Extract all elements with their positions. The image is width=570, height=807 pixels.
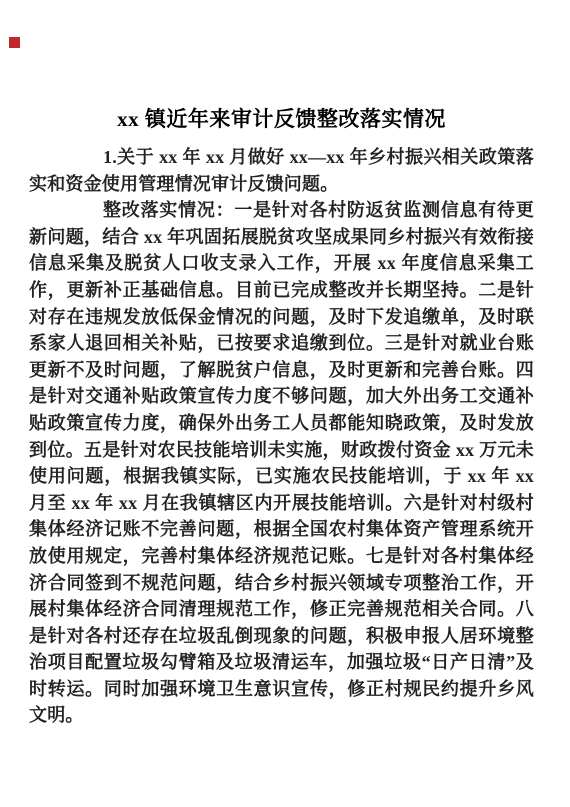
document-content: xx 镇近年来审计反馈整改落实情况 1.关于 xx 年 xx 月做好 xx—xx…: [0, 0, 570, 729]
paragraph-audit-feedback-issue: 1.关于 xx 年 xx 月做好 xx—xx 年乡村振兴相关政策落实和资金使用管…: [29, 144, 534, 197]
paragraph-rectification-status: 整改落实情况：一是针对各村防返贫监测信息有待更新问题，结合 xx 年巩固拓展脱贫…: [29, 197, 534, 729]
red-marker: [9, 37, 20, 48]
document-title: xx 镇近年来审计反馈整改落实情况: [29, 104, 534, 135]
document-page: xx 镇近年来审计反馈整改落实情况 1.关于 xx 年 xx 月做好 xx—xx…: [0, 0, 570, 807]
